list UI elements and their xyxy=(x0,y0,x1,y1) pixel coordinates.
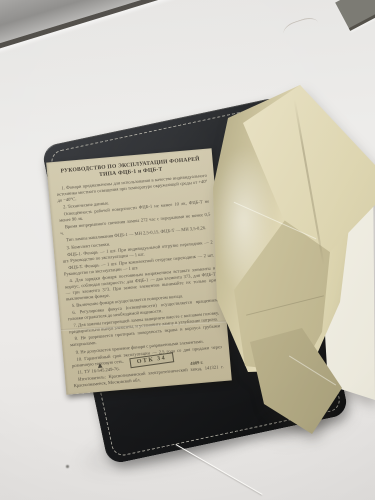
photo-scene: РУКОВОДСТВО ПО ЭКСПЛУАТАЦИИ ФОНАРЕЙ ТИПА… xyxy=(0,0,375,500)
table-edge-top-left xyxy=(0,0,235,64)
factory-mark-triangle-icon: ▲ xyxy=(96,360,105,370)
dust-speck xyxy=(66,465,69,468)
table-edge-top-right xyxy=(335,0,375,31)
wrapped-parcel xyxy=(190,70,375,455)
otk-quality-stamp: ОТК 34 xyxy=(129,352,173,368)
surface-scratch-mark xyxy=(281,15,320,41)
